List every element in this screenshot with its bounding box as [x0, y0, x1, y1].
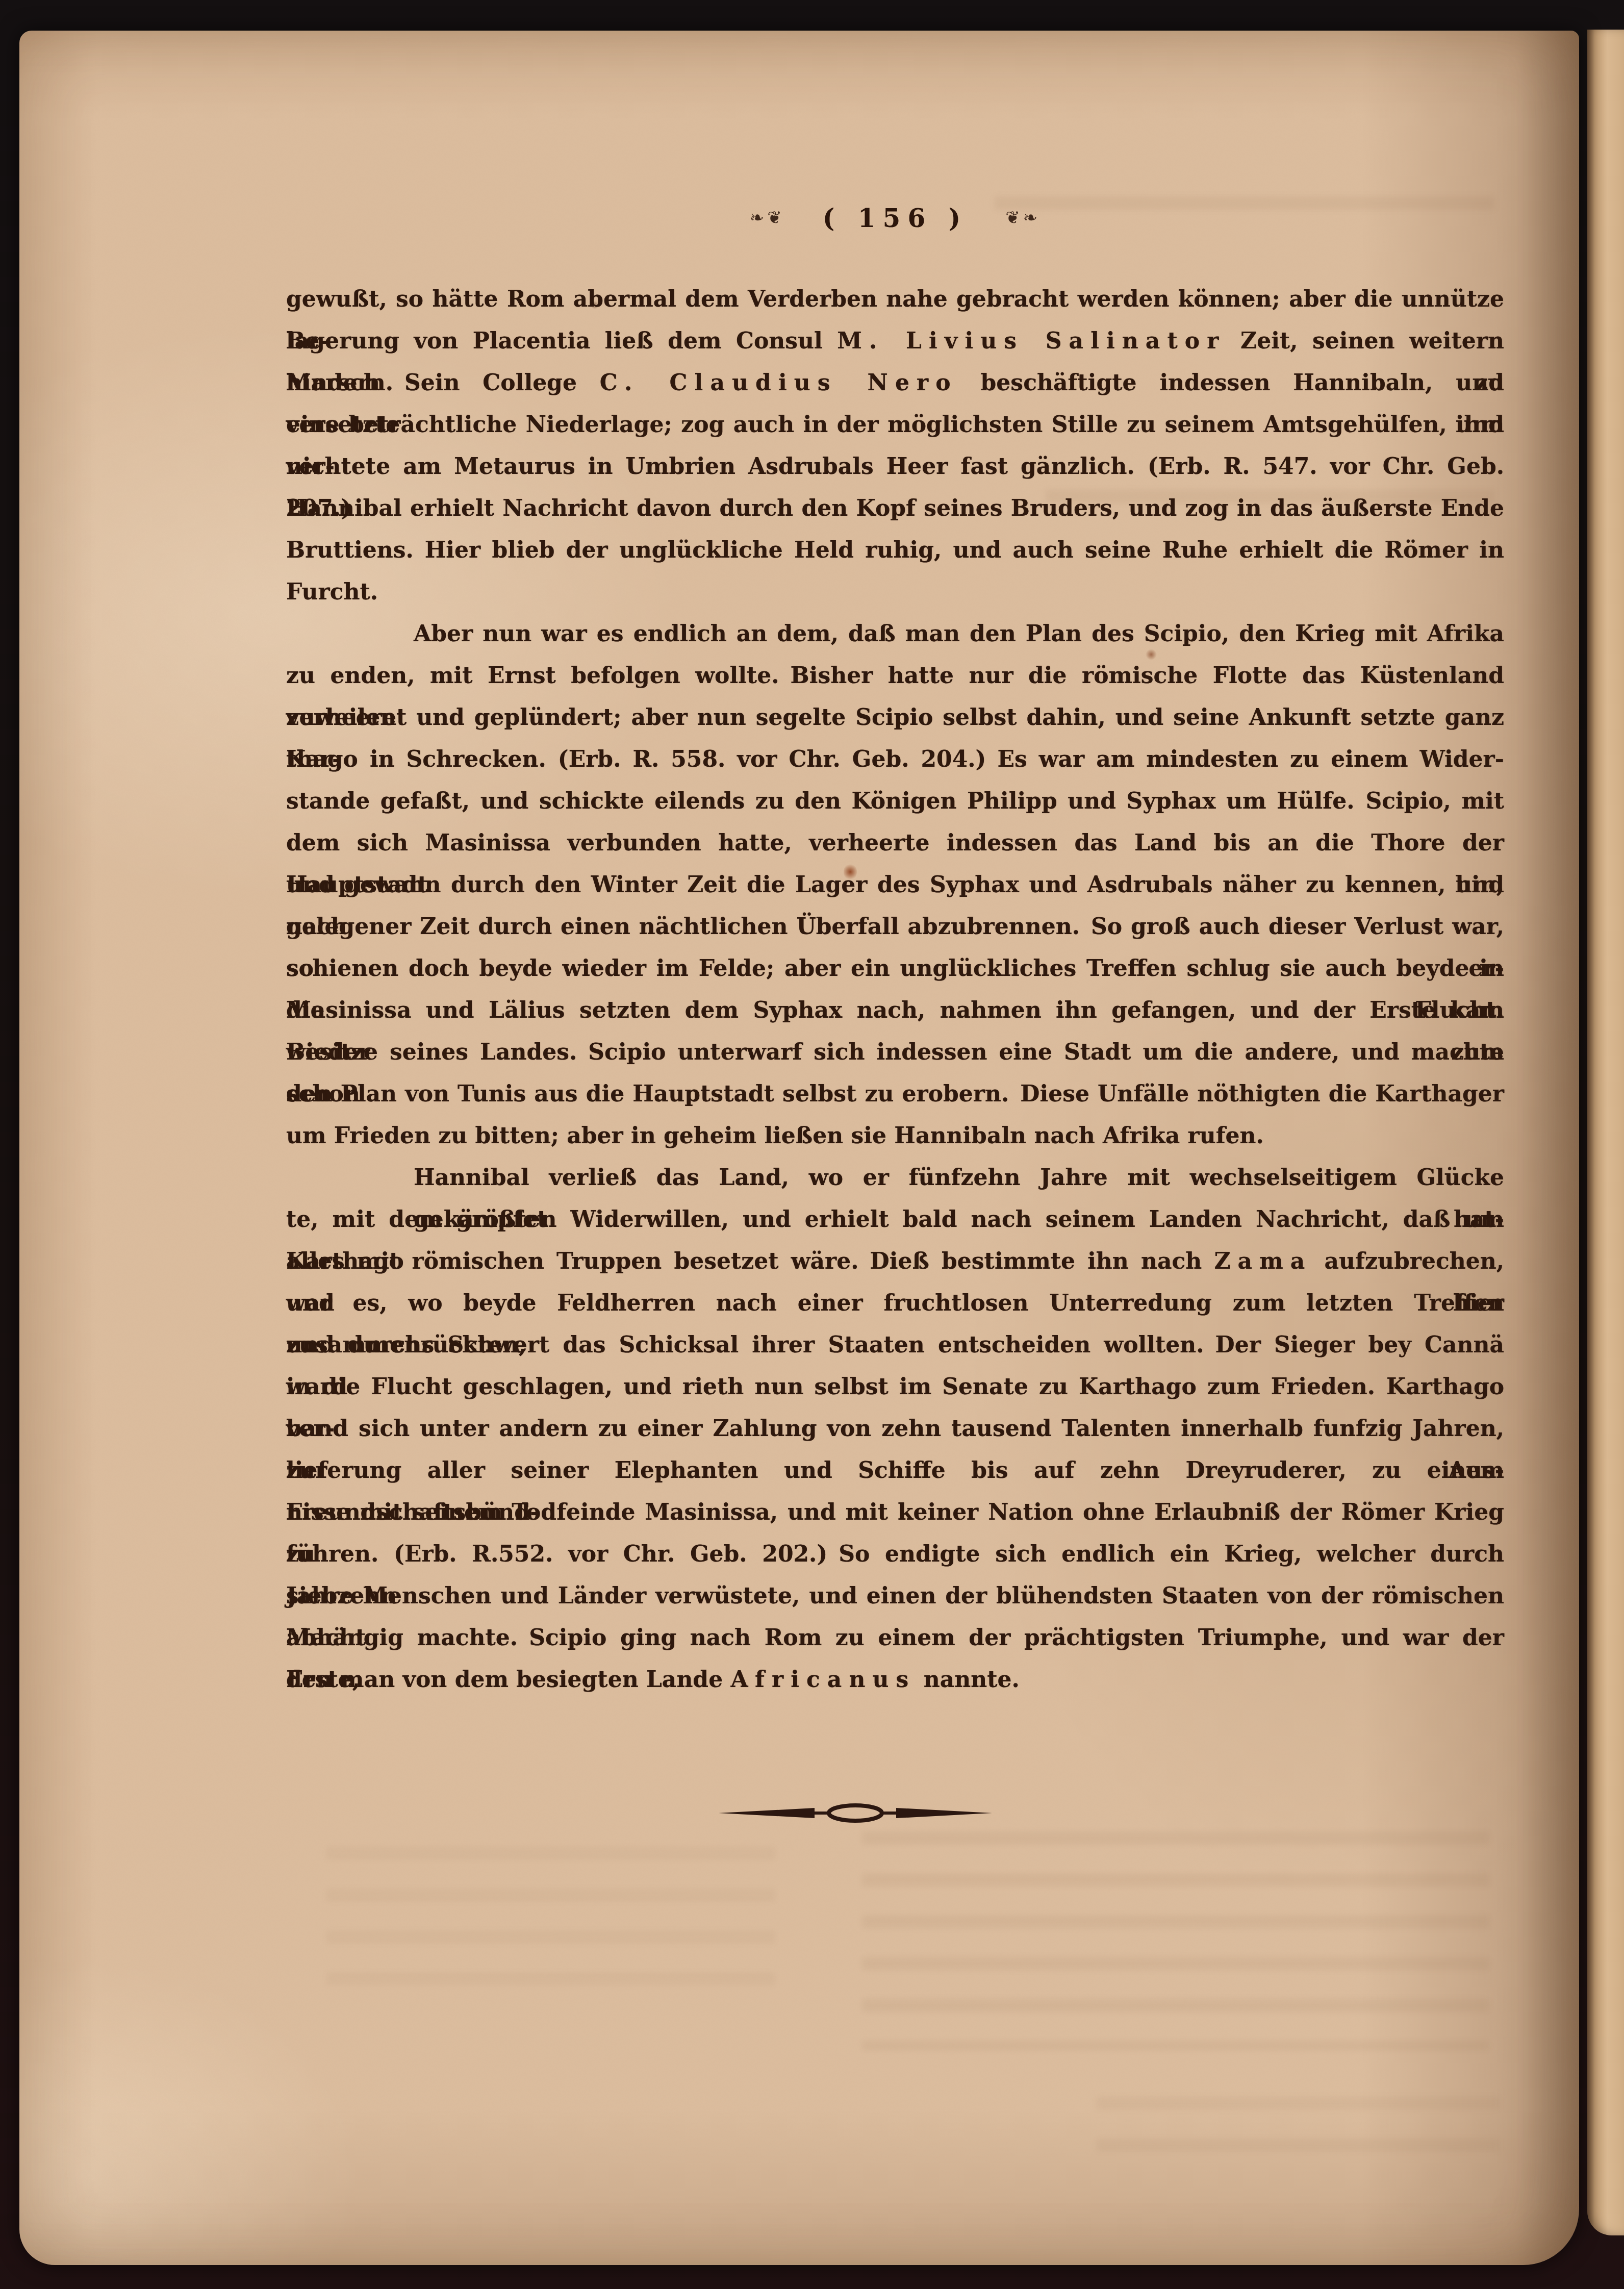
text-line: und durchs Schwert das Schicksal ihrer S…	[286, 1324, 1504, 1366]
text-line: den man von dem besiegten Lande Africanu…	[286, 1659, 1504, 1701]
text-line: Hannibal verließ das Land, wo er fünfzeh…	[286, 1157, 1504, 1199]
text-segment: thago in Schrecken. (Erb. R. 558. vor Ch…	[286, 746, 1504, 772]
text-line: Besitze seines Landes. Scipio unterwarf …	[286, 1032, 1504, 1073]
bleedthrough-ghost	[326, 1847, 775, 2000]
text-segment: Furcht.	[286, 579, 378, 605]
text-segment: lagerung von Placentia ließ dem Consul	[286, 328, 837, 354]
text-line: Jahre Menschen und Länder verwüstete, un…	[286, 1575, 1504, 1617]
text-line: Furcht.	[286, 571, 1504, 613]
text-line: verheeret und geplündert; aber nun segel…	[286, 697, 1504, 739]
text-line: alles mit römischen Truppen besetzet wär…	[286, 1241, 1504, 1282]
text-line: abhängig machte. Scipio ging nach Rom zu…	[286, 1617, 1504, 1659]
bleedthrough-ghost	[1097, 2097, 1500, 2173]
divider-ornament-icon	[718, 1801, 993, 1825]
text-line: zu enden, mit Ernst befolgen wollte. Bis…	[286, 655, 1504, 697]
text-segment: stande gefaßt, und schickte eilends zu d…	[286, 788, 1504, 814]
text-line: thago in Schrecken. (Erb. R. 558. vor Ch…	[286, 739, 1504, 781]
text-segment: um Frieden zu bitten; aber in geheim lie…	[286, 1123, 1264, 1149]
text-line: gewußt, so hätte Rom abermal dem Verderb…	[286, 279, 1504, 320]
text-segment: Aber nun war es endlich an dem, daß man …	[414, 621, 1504, 647]
book-page: ❧❦ ( 156 ) ❦❧ gewußt, so hätte Rom aberm…	[19, 31, 1579, 2265]
page-header: ❧❦ ( 156 ) ❦❧	[286, 195, 1504, 241]
text-segment: alles mit römischen Truppen besetzet wär…	[286, 1248, 1214, 1274]
text-line: gelegener Zeit durch einen nächtlichen Ü…	[286, 906, 1504, 948]
text-line: nisse mit seinem Todfeinde Masinissa, un…	[286, 1492, 1504, 1533]
floral-ornament-left-icon: ❧❦	[750, 208, 785, 228]
text-line: den Plan von Tunis aus die Hauptstadt se…	[286, 1073, 1504, 1115]
text-line: und gewann durch den Winter Zeit die Lag…	[286, 864, 1504, 906]
text-line: te, mit dem größten Widerwillen, und erh…	[286, 1199, 1504, 1241]
letterspaced-name: M. Livius Salinator	[837, 328, 1226, 354]
text-line: lagerung von Placentia ließ dem Consul M…	[286, 320, 1504, 362]
bleedthrough-ghost	[862, 1831, 1489, 2051]
text-line: Bruttiens. Hier blieb der unglückliche H…	[286, 530, 1504, 571]
text-line: dem sich Masinissa verbunden hatte, verh…	[286, 822, 1504, 864]
text-line: lieferung aller seiner Elephanten und Sc…	[286, 1450, 1504, 1492]
text-segment: Hannibal erhielt Nachricht davon durch d…	[286, 495, 1504, 521]
letterspaced-name: Zama	[1214, 1248, 1312, 1274]
floral-ornament-right-icon: ❦❧	[1005, 208, 1041, 228]
text-segment: Bruttiens. Hier blieb der unglückliche H…	[286, 537, 1504, 563]
scanned-book-photo: { "header": { "page_number": "( 156 )", …	[0, 0, 1624, 2289]
text-line: band sich unter andern zu einer Zahlung …	[286, 1408, 1504, 1450]
second-page-edge	[1587, 30, 1624, 2235]
text-segment: den man von dem besiegten Lande	[286, 1667, 730, 1693]
text-segment: hindern. Sein College	[286, 370, 600, 396]
text-line: in die Flucht geschlagen, und rieth nun …	[286, 1366, 1504, 1408]
text-line: schienen doch beyde wieder im Felde; abe…	[286, 948, 1504, 990]
text-line: hindern. Sein College C. Claudius Nero b…	[286, 362, 1504, 404]
text-line: eine beträchtliche Niederlage; zog auch …	[286, 404, 1504, 446]
text-line: stande gefaßt, und schickte eilends zu d…	[286, 781, 1504, 822]
divider-row	[286, 1801, 1504, 1825]
text-line: um Frieden zu bitten; aber in geheim lie…	[286, 1115, 1504, 1157]
page-text: gewußt, so hätte Rom abermal dem Verderb…	[286, 279, 1504, 1701]
text-line: Hannibal erhielt Nachricht davon durch d…	[286, 488, 1504, 530]
text-line: war es, wo beyde Feldherren nach einer f…	[286, 1282, 1504, 1324]
text-line: führen. (Erb. R.552. vor Chr. Geb. 202.)…	[286, 1533, 1504, 1575]
text-segment: nannte.	[916, 1667, 1019, 1693]
text-line: nichtete am Metaurus in Umbrien Asdrubal…	[286, 446, 1504, 488]
text-line: Masinissa und Lälius setzten dem Syphax …	[286, 990, 1504, 1032]
text-line: Aber nun war es endlich an dem, daß man …	[286, 613, 1504, 655]
text-segment: den Plan von Tunis aus die Hauptstadt se…	[286, 1081, 1504, 1107]
letterspaced-name: C. Claudius Nero	[600, 370, 958, 396]
page-number: ( 156 )	[823, 203, 968, 233]
letterspaced-name: Africanus	[730, 1667, 916, 1693]
